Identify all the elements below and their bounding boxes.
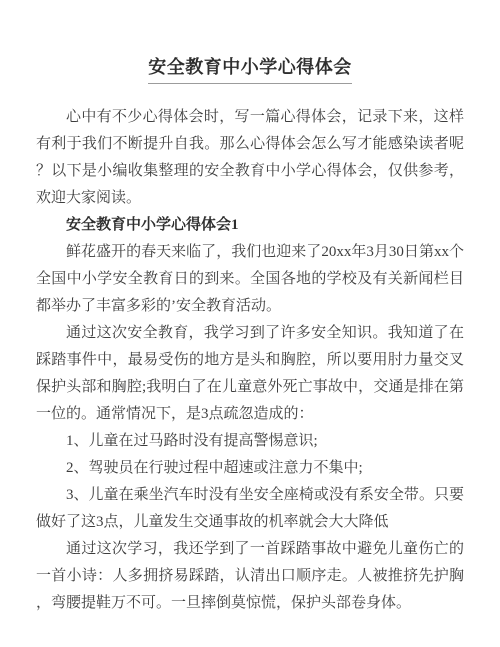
section-heading-1: 安全教育中小学心得体会1	[36, 212, 464, 239]
paragraph-intro: 心中有不少心得体会时，写一篇心得体会，记录下来，这样有利于我们不断提升自我。那么…	[36, 104, 464, 212]
list-item-3: 3、儿童在乘坐汽车时没有坐安全座椅或没有系安全带。只要做好了这3点，儿童发生交通…	[36, 482, 464, 536]
list-item-1: 1、儿童在过马路时没有提高警惕意识;	[36, 428, 464, 455]
document-page: 安全教育中小学心得体会 心中有不少心得体会时，写一篇心得体会，记录下来，这样有利…	[0, 0, 500, 647]
paragraph-poem: 通过这次学习，我还学到了一首踩踏事故中避免儿童伤亡的一首小诗：人多拥挤易踩踏，认…	[36, 536, 464, 617]
page-title: 安全教育中小学心得体会	[36, 54, 464, 84]
list-item-2: 2、驾驶员在行驶过程中超速或注意力不集中;	[36, 455, 464, 482]
paragraph-safety-knowledge: 通过这次安全教育，我学习到了许多安全知识。我知道了在踩踏事件中，最易受伤的地方是…	[36, 320, 464, 428]
page-title-text: 安全教育中小学心得体会	[148, 54, 352, 84]
document-body: 心中有不少心得体会时，写一篇心得体会，记录下来，这样有利于我们不断提升自我。那么…	[36, 104, 464, 617]
paragraph-opening: 鲜花盛开的春天来临了，我们也迎来了20xx年3月30日第xx个全国中小学安全教育…	[36, 239, 464, 320]
